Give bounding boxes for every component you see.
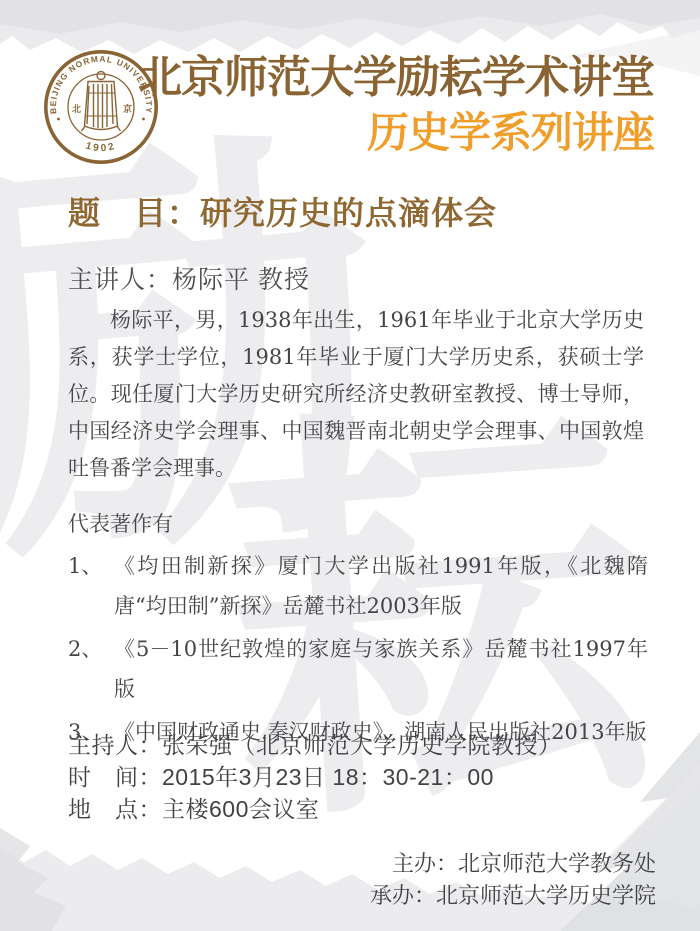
works-list: 1、 《均田制新探》厦门大学出版社1991年版，《北魏隋唐“均田制”新探》岳麓书…	[68, 546, 648, 755]
work-item-number: 2、	[68, 629, 114, 709]
works-heading: 代表著作有	[68, 508, 173, 538]
work-list-item: 2、 《5－10世纪敦煌的家庭与家族关系》岳麓书社1997年版	[68, 629, 648, 709]
speaker-bio: 杨际平，男，1938年出生，1961年毕业于北京大学历史系，获学士学位，1981…	[68, 302, 644, 487]
sponsor-line: 主办：北京师范大学教务处	[370, 848, 656, 880]
host-line: 主持人：张荣强（北京师范大学历史学院教授）	[68, 729, 562, 761]
time-line: 时 间：2015年3月23日 18：30-21：00	[68, 761, 562, 793]
seal-left-char: 北	[72, 103, 81, 114]
seal-year-text: 1902	[84, 141, 117, 155]
organizers-block: 主办：北京师范大学教务处 承办：北京师范大学历史学院	[370, 848, 656, 912]
poster-subtitle: 历史学系列讲座	[138, 108, 654, 158]
header-titles: 北京师范大学励耘学术讲堂 历史学系列讲座	[138, 50, 654, 158]
work-item-number: 1、	[68, 546, 114, 626]
speaker-line: 主讲人：杨际平 教授	[68, 260, 310, 296]
lecture-poster: 励 耘 BEIJING NORMAL UNIVERSITY 1902	[0, 0, 700, 931]
venue-line: 地 点：主楼600会议室	[68, 793, 562, 825]
poster-main-title: 北京师范大学励耘学术讲堂	[138, 50, 654, 106]
undertaker-line: 承办：北京师范大学历史学院	[370, 880, 656, 912]
event-details: 主持人：张荣强（北京师范大学历史学院教授） 时 间：2015年3月23日 18：…	[68, 729, 562, 825]
seal-right-char: 京	[123, 103, 132, 114]
lecture-topic: 题 目：研究历史的点滴体会	[68, 188, 497, 234]
bell-icon	[82, 72, 121, 132]
seal-dot-left	[57, 118, 60, 121]
work-list-item: 1、 《均田制新探》厦门大学出版社1991年版，《北魏隋唐“均田制”新探》岳麓书…	[68, 546, 648, 626]
work-item-text: 《均田制新探》厦门大学出版社1991年版，《北魏隋唐“均田制”新探》岳麓书社20…	[114, 546, 648, 626]
work-item-text: 《5－10世纪敦煌的家庭与家族关系》岳麓书社1997年版	[114, 629, 648, 709]
